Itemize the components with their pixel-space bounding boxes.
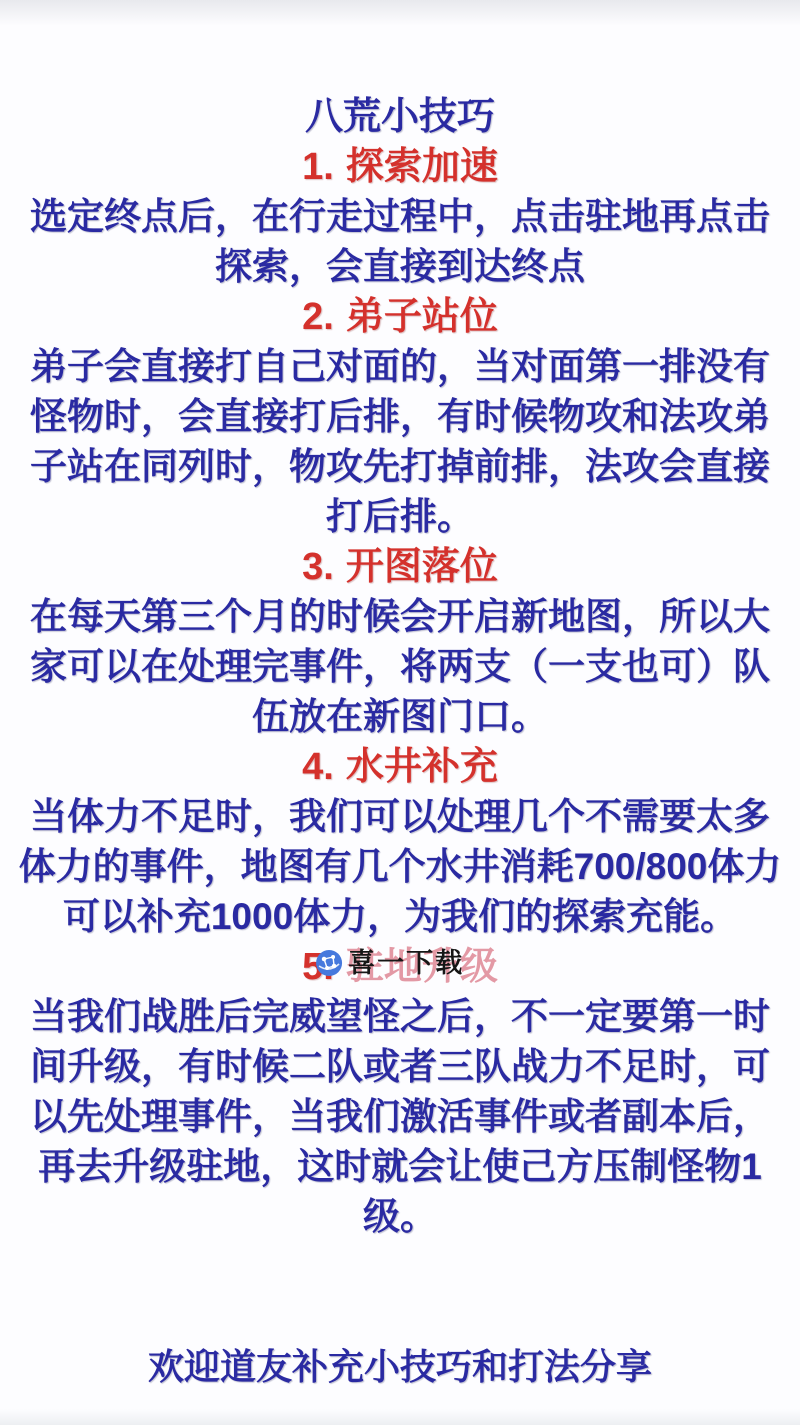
body-line: 体力的事件，地图有几个水井消耗700/800体力	[0, 842, 800, 892]
body-line: 探索，会直接到达终点	[0, 242, 800, 292]
body-line: 当我们战胜后完威望怪之后，不一定要第一时	[0, 992, 800, 1042]
section-2-heading: 2.弟子站位	[0, 292, 800, 342]
bottom-edge-gradient	[0, 1409, 800, 1425]
body-line: 间升级，有时候二队或者三队战力不足时，可	[0, 1042, 800, 1092]
globe-network-icon	[315, 949, 343, 977]
body-line: 级。	[0, 1192, 800, 1242]
watermark: 喜一下载	[315, 947, 464, 979]
body-line: 打后排。	[0, 492, 800, 542]
body-line: 再去升级驻地，这时就会让使己方压制怪物1	[0, 1142, 800, 1192]
body-line: 家可以在处理完事件，将两支（一支也可）队	[0, 642, 800, 692]
body-line: 可以补充1000体力，为我们的探索充能。	[0, 892, 800, 942]
section-1-number: 1.	[302, 146, 334, 188]
body-line: 在每天第三个月的时候会开启新地图，所以大	[0, 592, 800, 642]
page-title: 八荒小技巧	[0, 92, 800, 142]
section-4-heading: 4.水井补充	[0, 742, 800, 792]
section-5-heading: 5.驻地升级 喜一下载	[0, 942, 800, 992]
section-3-number: 3.	[302, 546, 334, 588]
body-line: 以先处理事件，当我们激活事件或者副本后，	[0, 1092, 800, 1142]
body-line: 伍放在新图门口。	[0, 692, 800, 742]
watermark-label: 喜一下载	[348, 947, 464, 979]
body-line: 选定终点后，在行走过程中，点击驻地再点击	[0, 192, 800, 242]
tips-card: 八荒小技巧 1.探索加速 选定终点后，在行走过程中，点击驻地再点击 探索，会直接…	[0, 0, 800, 1392]
section-2-number: 2.	[302, 296, 334, 338]
section-4-title: 水井补充	[346, 746, 498, 788]
body-line: 弟子会直接打自己对面的，当对面第一排没有	[0, 342, 800, 392]
body-line: 当体力不足时，我们可以处理几个不需要太多	[0, 792, 800, 842]
footer-note: 欢迎道友补充小技巧和打法分享	[0, 1342, 800, 1392]
section-3-heading: 3.开图落位	[0, 542, 800, 592]
section-3-title: 开图落位	[346, 546, 498, 588]
section-1-heading: 1.探索加速	[0, 142, 800, 192]
body-line: 怪物时，会直接打后排，有时候物攻和法攻弟	[0, 392, 800, 442]
section-2-title: 弟子站位	[346, 296, 498, 338]
section-1-title: 探索加速	[346, 146, 498, 188]
body-line: 子站在同列时，物攻先打掉前排，法攻会直接	[0, 442, 800, 492]
section-4-number: 4.	[302, 746, 334, 788]
